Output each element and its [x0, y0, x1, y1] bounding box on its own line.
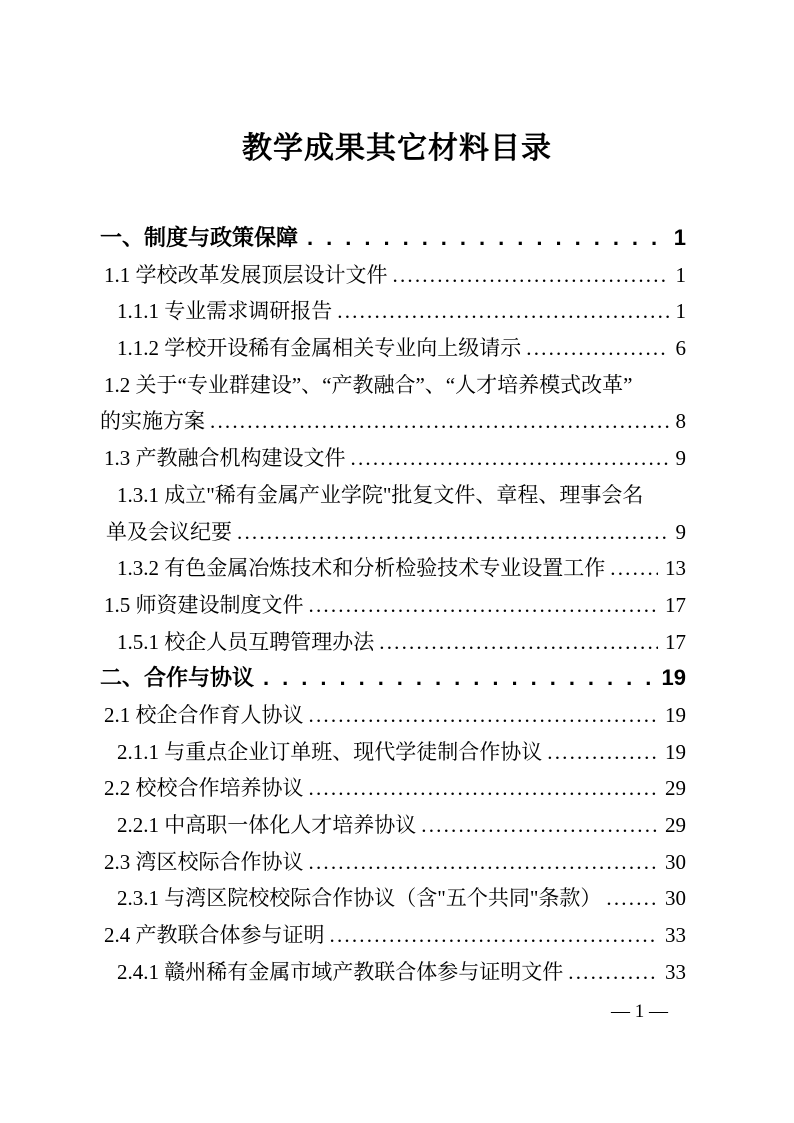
toc-entry-text: 2.4 产教联合体参与证明 [104, 917, 325, 954]
toc-page-number: 1 [676, 293, 687, 330]
toc-entry: 1.3.2 有色金属冶炼技术和分析检验技术专业设置工作.............… [100, 550, 686, 587]
toc-page-number: 6 [676, 330, 687, 367]
toc-entry-continuation: 的实施方案...................................… [100, 403, 686, 440]
toc-page-number: 19 [665, 734, 686, 771]
toc-entry: 2.2 校校合作培养协议 ...........................… [100, 770, 686, 807]
toc-heading: 一、制度与政策保障...............................… [100, 220, 686, 257]
toc-page-number: 1 [676, 257, 687, 294]
dot-leader: ........................................… [521, 330, 668, 367]
dot-leader: ........................................… [563, 954, 658, 991]
toc-entry: 1.2 关于“专业群建设”、“产教融合”、“人才培养模式改革” [100, 367, 686, 404]
toc-page-number: 29 [665, 770, 686, 807]
toc-entry-text: 1.1.2 学校开设稀有金属相关专业向上级请示 [117, 330, 521, 367]
toc-page-number: 33 [665, 954, 686, 991]
toc-entry-text: 2.3 湾区校际合作协议 [104, 844, 304, 881]
dot-leader: ........................................… [232, 514, 669, 551]
toc-entry: 1.3.1 成立"稀有金属产业学院"批复文件、章程、理事会名 [100, 477, 686, 514]
toc-page-number: 19 [662, 660, 686, 697]
dot-leader: ........................................… [346, 440, 669, 477]
toc-page-number: 1 [674, 220, 686, 257]
document-page: 教学成果其它材料目录 一、制度与政策保障....................… [0, 0, 794, 1123]
dot-leader: ........................................… [304, 587, 659, 624]
toc-page-number: 29 [665, 807, 686, 844]
toc-entry-text: 2.2.1 中高职一体化人才培养协议 [117, 807, 416, 844]
toc-page-number: 17 [665, 624, 686, 661]
toc-entry: 2.4 产教联合体参与证明 ..........................… [100, 917, 686, 954]
toc-heading: 二、合作与协议.................................… [100, 660, 686, 697]
toc-entry-text: 二、合作与协议 [100, 660, 254, 697]
dot-leader: ........................................… [332, 293, 668, 330]
dot-leader: ........................................… [601, 880, 658, 917]
toc-page-number: 33 [665, 917, 686, 954]
toc-entry-text: 2.4.1 赣州稀有金属市域产教联合体参与证明文件 [117, 954, 563, 991]
dot-leader: ........................................… [254, 660, 655, 697]
page-number-footer: — 1 — [100, 1000, 668, 1024]
toc-page-number: 9 [676, 440, 687, 477]
toc-entry-text: 的实施方案 [100, 403, 205, 440]
toc-entry: 2.4.1 赣州稀有金属市域产教联合体参与证明文件...............… [100, 954, 686, 991]
dot-leader: ........................................… [542, 734, 658, 771]
dot-leader: ........................................… [205, 403, 669, 440]
toc-entry-text: 1.5.1 校企人员互聘管理办法 [117, 624, 374, 661]
toc-entry: 1.5 师资建设制度文件 ...........................… [100, 587, 686, 624]
toc-page-number: 17 [665, 587, 686, 624]
dot-leader: ........................................… [605, 550, 658, 587]
toc-entry-text: 2.3.1 与湾区院校校际合作协议（含"五个共同"条款） [117, 880, 601, 917]
toc-entry: 2.1 校企合作育人协议 ...........................… [100, 697, 686, 734]
toc-entry-text: 1.3 产教融合机构建设文件 [104, 440, 346, 477]
toc-entry: 1.1.2 学校开设稀有金属相关专业向上级请示.................… [100, 330, 686, 367]
toc-entry: 1.3 产教融合机构建设文件 .........................… [100, 440, 686, 477]
dot-leader: ........................................… [388, 257, 669, 294]
document-title: 教学成果其它材料目录 [0, 0, 794, 170]
dot-leader: ........................................… [416, 807, 658, 844]
toc-entry-text: 1.1 学校改革发展顶层设计文件 [104, 257, 388, 294]
toc-entry-text: 1.1.1 专业需求调研报告 [117, 293, 332, 330]
dot-leader: ........................................… [374, 624, 658, 661]
dot-leader: ........................................… [304, 844, 659, 881]
toc-page-number: 8 [676, 403, 687, 440]
toc-entry: 1.5.1 校企人员互聘管理办法........................… [100, 624, 686, 661]
dot-leader: ........................................… [298, 220, 667, 257]
toc-entry-text: 1.3.2 有色金属冶炼技术和分析检验技术专业设置工作 [117, 550, 605, 587]
dot-leader: ........................................… [304, 697, 659, 734]
toc-entry-text: 2.1 校企合作育人协议 [104, 697, 304, 734]
toc-entry-text: 一、制度与政策保障 [100, 220, 298, 257]
toc-entry: 2.2.1 中高职一体化人才培养协议......................… [100, 807, 686, 844]
toc-page-number: 9 [676, 514, 687, 551]
toc-entry-continuation: 单及会议纪要..................................… [100, 514, 686, 551]
toc-entry-text: 1.3.1 成立"稀有金属产业学院"批复文件、章程、理事会名 [117, 477, 643, 514]
toc-entry-text: 1.2 关于“专业群建设”、“产教融合”、“人才培养模式改革” [104, 367, 632, 404]
toc-entry-text: 1.5 师资建设制度文件 [104, 587, 304, 624]
toc-entry-text: 2.2 校校合作培养协议 [104, 770, 304, 807]
toc-entry: 2.3.1 与湾区院校校际合作协议（含"五个共同"条款）............… [100, 880, 686, 917]
toc-entry-text: 单及会议纪要 [106, 514, 232, 551]
toc-page-number: 19 [665, 697, 686, 734]
toc-page-number: 30 [665, 880, 686, 917]
toc-page-number: 30 [665, 844, 686, 881]
toc-entry: 2.3 湾区校际合作协议 ...........................… [100, 844, 686, 881]
toc-page-number: 13 [665, 550, 686, 587]
dot-leader: ........................................… [325, 917, 659, 954]
toc: 一、制度与政策保障...............................… [100, 220, 686, 990]
toc-entry-text: 2.1.1 与重点企业订单班、现代学徒制合作协议 [117, 734, 542, 771]
toc-entry: 2.1.1 与重点企业订单班、现代学徒制合作协议................… [100, 734, 686, 771]
toc-entry: 1.1.1 专业需求调研报告 .........................… [100, 293, 686, 330]
toc-entry: 1.1 学校改革发展顶层设计文件........................… [100, 257, 686, 294]
dot-leader: ........................................… [304, 770, 659, 807]
